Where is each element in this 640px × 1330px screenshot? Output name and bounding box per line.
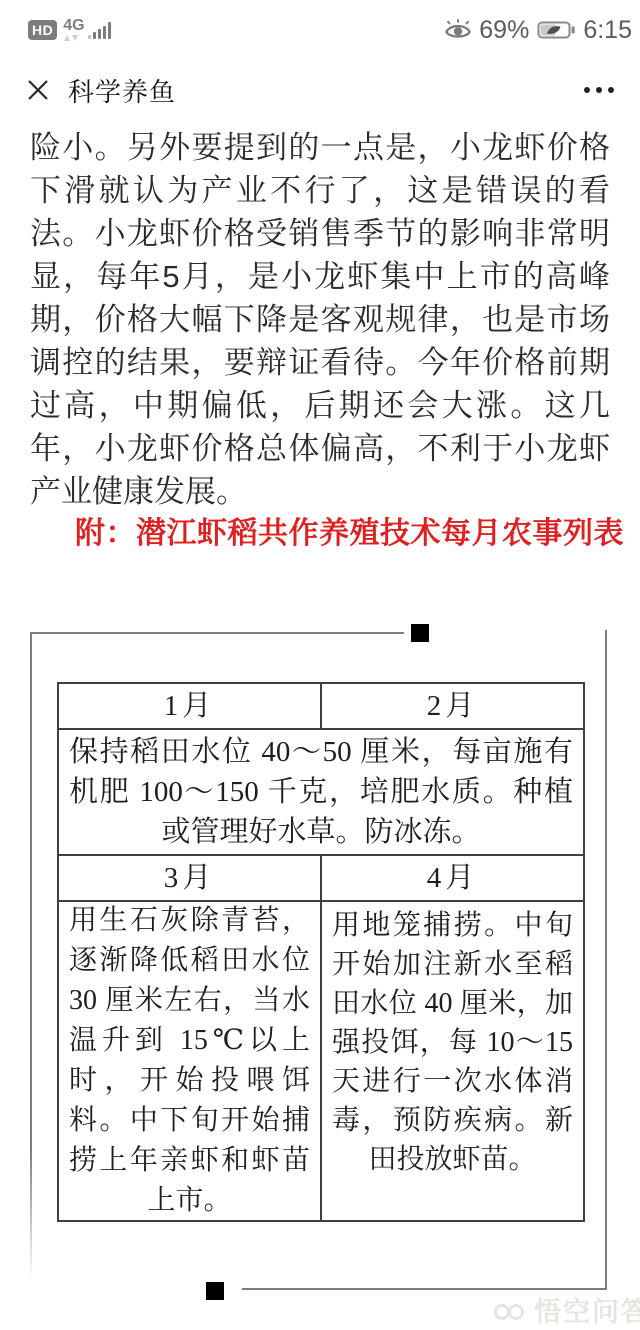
month-header-jan: 1月 [59,684,320,728]
scan-frame-left-line [30,632,32,1280]
status-left: HD 4G [28,19,111,41]
more-icon [584,87,614,93]
hd-badge-icon: HD [28,20,57,40]
monthly-schedule-table: 1月 2月 保持稻田水位 40～50 厘米，每亩施有机肥 100～150 千克，… [57,682,585,1222]
march-tasks-text: 用生石灰除青苔，逐渐降低稻田水位 30 厘米左右，当水温升到 15℃以上时，开始… [69,902,310,1220]
jan-feb-tasks-cell: 保持稻田水位 40～50 厘米，每亩施有机肥 100～150 千克，培肥水质。种… [59,730,583,854]
article-paragraph: 险小。另外要提到的一点是，小龙虾价格下滑就认为产业不行了，这是错误的看法。小龙虾… [30,126,610,513]
clock-label: 6:15 [583,16,632,45]
battery-icon [537,19,577,41]
scan-frame-top-line [30,632,404,634]
table-image[interactable]: 1月 2月 保持稻田水位 40～50 厘米，每亩施有机肥 100～150 千克，… [0,620,640,1330]
table-row: 用生石灰除青苔，逐渐降低稻田水位 30 厘米左右，当水温升到 15℃以上时，开始… [59,900,583,1220]
close-icon [26,78,50,102]
page-title: 科学养鱼 [68,72,176,109]
status-bar: HD 4G [0,0,640,56]
table-row: 保持稻田水位 40～50 厘米，每亩施有机肥 100～150 千克，培肥水质。种… [59,728,583,854]
watermark-label: 悟空问答 [534,1290,640,1329]
network-type-label: 4G [63,19,84,33]
crop-mark-square-bottom [206,1282,224,1300]
eye-comfort-icon [442,18,474,42]
crop-mark-square-top [411,624,429,642]
more-menu-button[interactable] [584,81,614,99]
data-arrows-icon [64,35,78,41]
table-row: 1月 2月 [59,684,583,728]
battery-percent-label: 69% [479,16,529,45]
table-row: 3月 4月 [59,854,583,900]
close-button[interactable] [26,78,50,102]
scan-frame-right-line [605,630,607,1290]
signal-strength-icon [88,21,111,39]
article-heading: 附：潜江虾稻共作养殖技术每月农事列表 [75,508,635,552]
nav-bar: 科学养鱼 [0,56,640,124]
wukong-watermark: 悟空问答 [492,1290,640,1329]
wukong-logo-icon [492,1299,528,1321]
article-screen: HD 4G [0,0,640,1330]
month-header-feb: 2月 [320,684,583,728]
march-tasks-cell: 用生石灰除青苔，逐渐降低稻田水位 30 厘米左右，当水温升到 15℃以上时，开始… [59,902,320,1220]
network-indicator: 4G [63,19,84,41]
april-tasks-cell: 用地笼捕捞。中旬开始加注新水至稻田水位 40 厘米，加强投饵，每 10～15 天… [320,902,583,1220]
month-header-apr: 4月 [320,856,583,900]
month-header-mar: 3月 [59,856,320,900]
status-right: 69% 6:15 [442,16,632,45]
